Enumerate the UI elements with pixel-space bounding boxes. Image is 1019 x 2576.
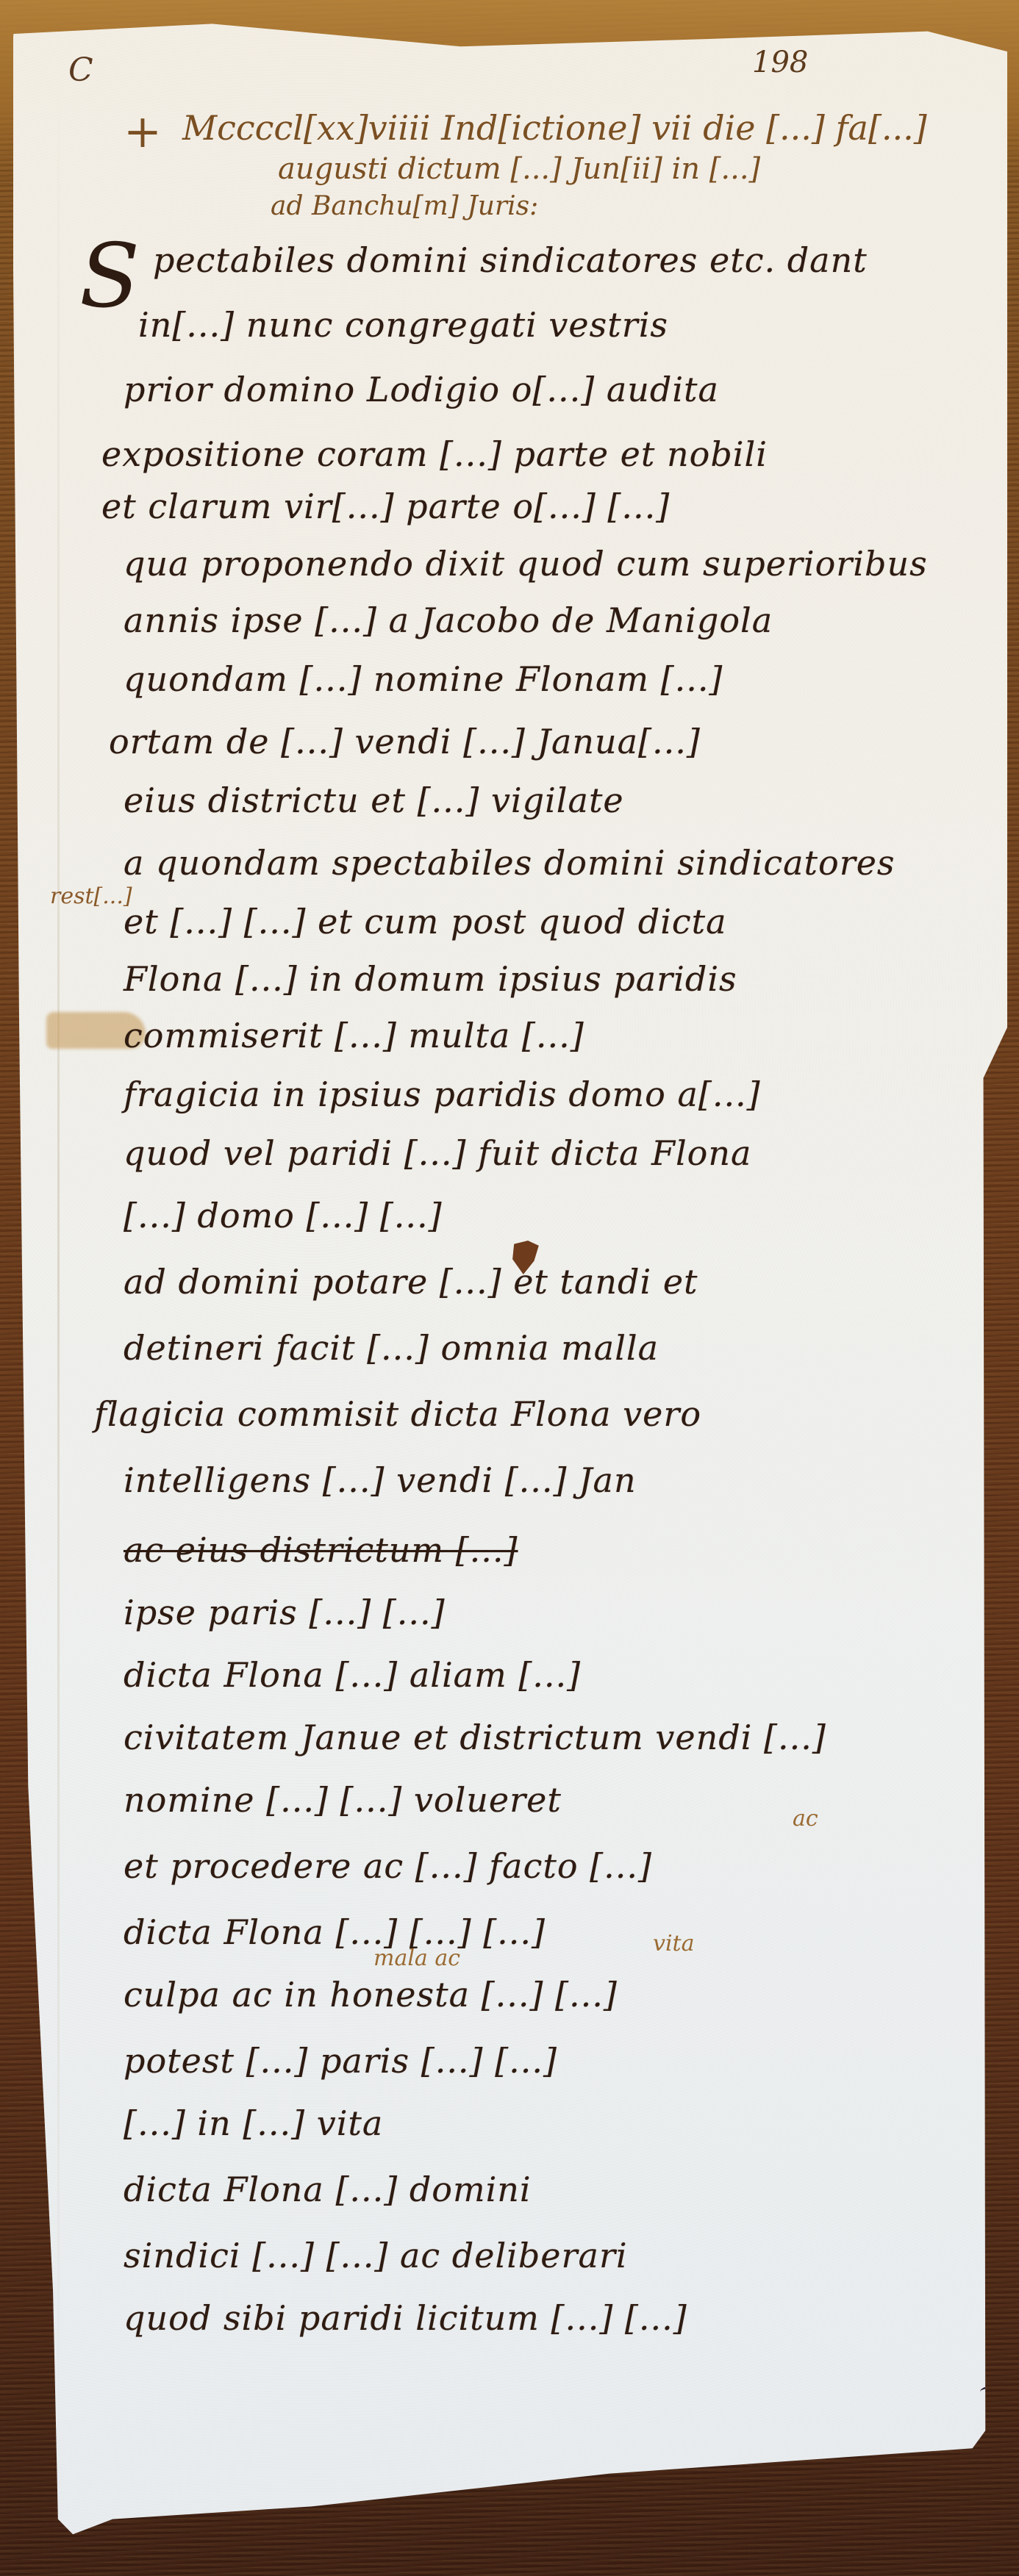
- cross-icon: +: [124, 104, 162, 158]
- body-line-10: eius districtu et [...] vigilate: [124, 781, 624, 820]
- margin-note-left: rest[...]: [50, 883, 132, 909]
- body-line-13: Flona [...] in domum ipsius paridis: [124, 959, 737, 999]
- body-line-7: annis ipse [...] a Jacobo de Manigola: [124, 600, 773, 640]
- body-line-11: a quondam spectabiles domini sindicatore…: [124, 843, 895, 883]
- body-line-8: quondam [...] nomine Flonam [...]: [124, 659, 723, 699]
- body-line-29: culpa ac in honesta [...] [...]: [124, 1975, 618, 2014]
- body-line-15: fragicia in ipsius paridis domo a[...]: [124, 1074, 761, 1114]
- body-line-30: potest [...] paris [...] [...]: [124, 2041, 557, 2081]
- body-line-6: qua proponendo dixit quod cum superiorib…: [124, 544, 928, 584]
- body-line-22: ac eius districtum [...]: [124, 1530, 518, 1570]
- folio-number: 198: [752, 46, 808, 79]
- header-line-2: augusti dictum [...] Jun[ii] in [...]: [278, 152, 760, 186]
- body-line-21: intelligens [...] vendi [...] Jan: [124, 1460, 637, 1500]
- interlinear-note-1: ac: [793, 1806, 818, 1831]
- body-line-12: et [...] [...] et cum post quod dicta: [124, 902, 727, 941]
- body-line-23: ipse paris [...] [...]: [124, 1593, 446, 1632]
- body-line-1: pectabiles domini sindicatores etc. dant: [153, 240, 868, 280]
- body-line-27: et procedere ac [...] facto [...]: [124, 1846, 652, 1886]
- body-line-20: flagicia commisit dicta Flona vero: [94, 1394, 701, 1434]
- body-line-24: dicta Flona [...] aliam [...]: [124, 1655, 581, 1695]
- body-line-14: commiserit [...] multa [...]: [124, 1016, 584, 1055]
- body-line-31: [...] in [...] vita: [124, 2103, 383, 2143]
- body-line-33: sindici [...] [...] ac deliberari: [124, 2236, 628, 2275]
- header-line-3: ad Banchu[m] Juris:: [271, 191, 538, 221]
- interlinear-note-3: vita: [653, 1931, 694, 1956]
- body-line-18: ad domini potare [...] et tandi et: [124, 1262, 698, 1302]
- body-line-28: dicta Flona [...] [...] [...]: [124, 1912, 546, 1952]
- body-line-32: dicta Flona [...] domini: [124, 2170, 532, 2209]
- body-line-2: in[...] nunc congregati vestris: [138, 305, 668, 345]
- decorated-initial: S: [79, 226, 140, 328]
- body-line-17: [...] domo [...] [...]: [124, 1196, 443, 1235]
- body-line-9: ortam de [...] vendi [...] Janua[...]: [109, 722, 701, 761]
- body-line-16: quod vel paridi [...] fuit dicta Flona: [124, 1133, 751, 1173]
- body-line-34: quod sibi paridi licitum [...] [...]: [124, 2298, 687, 2338]
- body-line-26: nomine [...] [...] volueret: [124, 1780, 562, 1820]
- body-line-19: detineri facit [...] omnia malla: [124, 1328, 659, 1368]
- body-line-3: prior domino Lodigio o[...] audita: [124, 370, 719, 409]
- interlinear-note-2: mala ac: [373, 1945, 460, 1971]
- body-line-5: et clarum vir[...] parte o[...] [...]: [101, 487, 670, 526]
- body-line-4: expositione coram [...] parte et nobili: [101, 434, 768, 474]
- paper-fold-line: [57, 60, 60, 2486]
- manuscript-page: C 198 + Mccccl[xx]viiii Ind[ictione] vii…: [13, 16, 1007, 2544]
- header-line-1: Mccccl[xx]viiii Ind[ictione] vii die [..…: [182, 108, 927, 148]
- corner-mark: C: [68, 51, 93, 89]
- body-line-25: civitatem Janue et districtum vendi [...…: [124, 1718, 826, 1757]
